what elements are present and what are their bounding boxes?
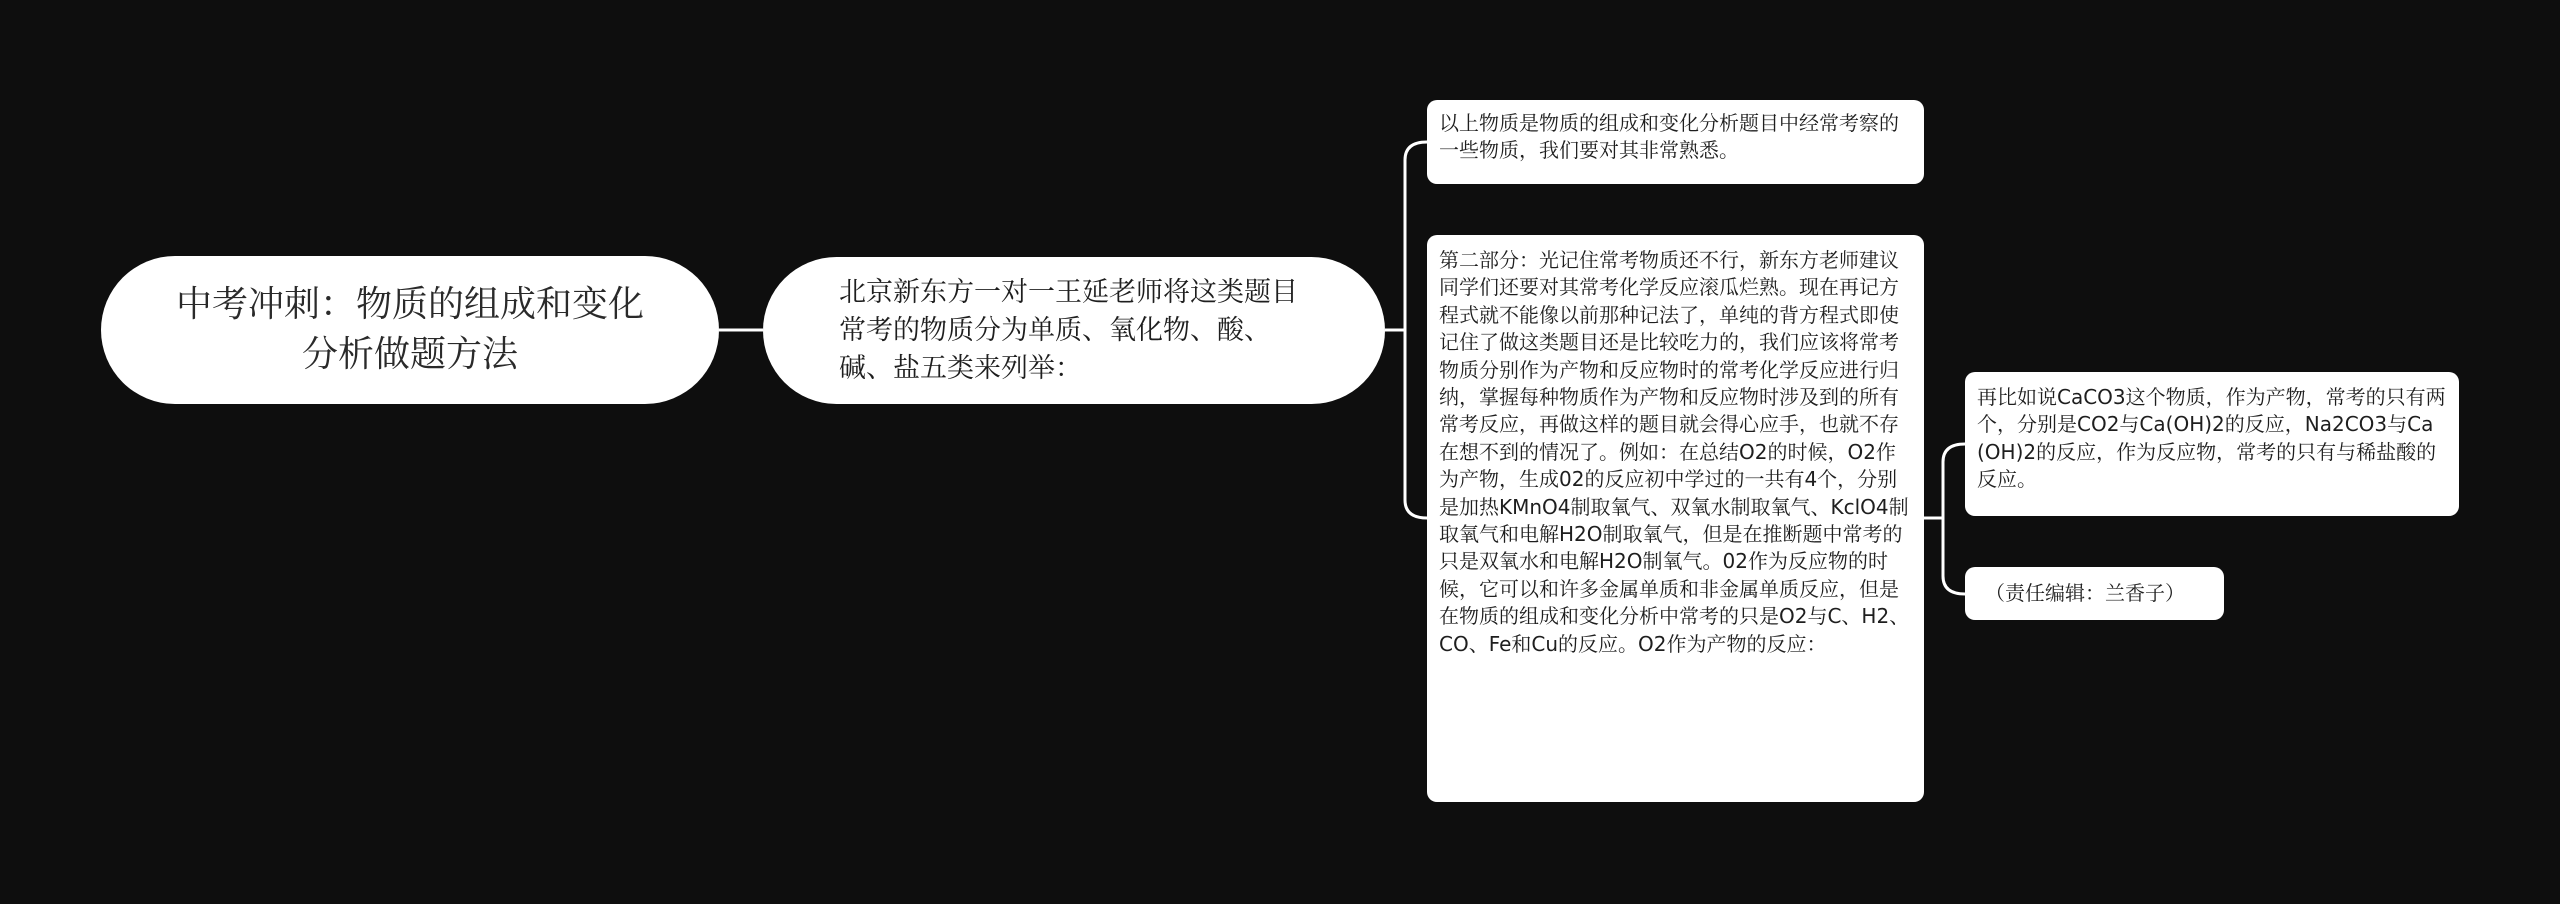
connector-to-note-1 [1405,142,1427,330]
note-text: 再比如说CaCO3这个物质，作为产物，常考的只有两个，分别是CO2与Ca(OH)… [1977,384,2449,494]
mindmap-canvas: 中考冲刺：物质的组成和变化分析做题方法 北京新东方一对一王延老师将这类题目常考的… [0,0,2560,904]
branch-node-label: 北京新东方一对一王延老师将这类题目常考的物质分为单质、氧化物、酸、碱、盐五类来列… [839,274,1307,388]
note-node-caco3[interactable]: 再比如说CaCO3这个物质，作为产物，常考的只有两个，分别是CO2与Ca(OH)… [1965,372,2459,516]
note-node-part-two[interactable]: 第二部分：光记住常考物质还不行，新东方老师建议同学们还要对其常考化学反应滚瓜烂熟… [1427,235,1924,802]
connector-to-note-3 [1943,444,1965,518]
root-node[interactable]: 中考冲刺：物质的组成和变化分析做题方法 [101,256,719,404]
branch-node[interactable]: 北京新东方一对一王延老师将这类题目常考的物质分为单质、氧化物、酸、碱、盐五类来列… [763,257,1385,404]
note-node-editor[interactable]: （责任编辑：兰香子） [1965,567,2224,620]
connector-to-note-2 [1405,330,1427,518]
note-text: （责任编辑：兰香子） [1985,580,2185,607]
note-node-common-substances[interactable]: 以上物质是物质的组成和变化分析题目中经常考察的一些物质，我们要对其非常熟悉。 [1427,100,1924,184]
note-text: 以上物质是物质的组成和变化分析题目中经常考察的一些物质，我们要对其非常熟悉。 [1439,110,1914,165]
connector-to-note-4 [1943,518,1965,594]
root-node-label: 中考冲刺：物质的组成和变化分析做题方法 [161,280,659,380]
note-text: 第二部分：光记住常考物质还不行，新东方老师建议同学们还要对其常考化学反应滚瓜烂熟… [1439,247,1914,658]
